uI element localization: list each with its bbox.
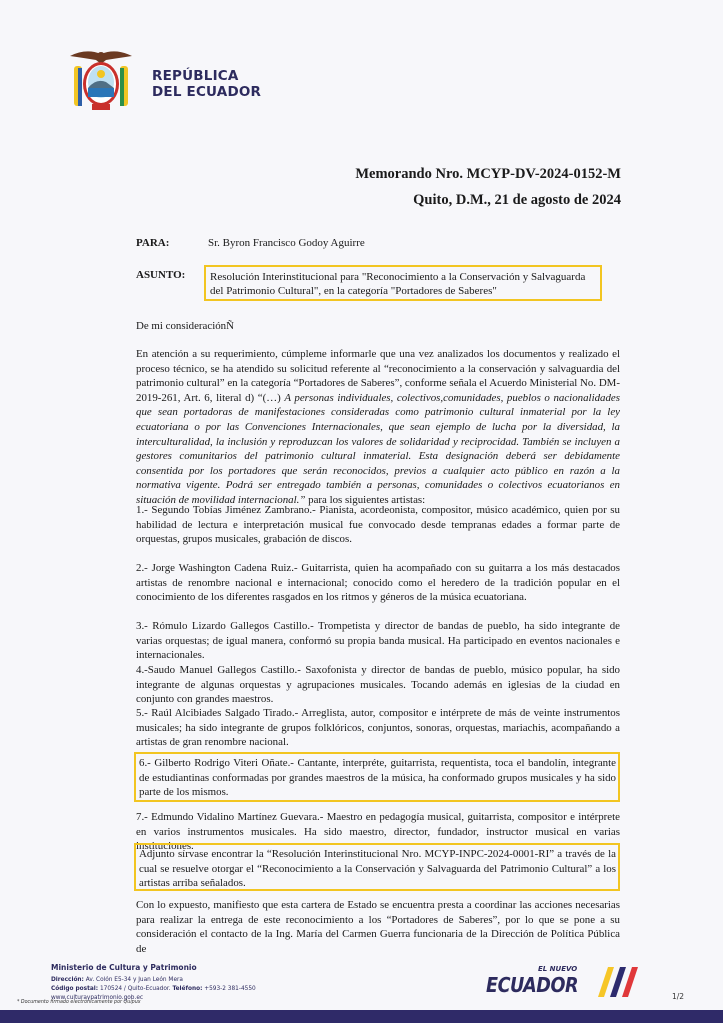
closing-paragraph: Con lo expuesto, manifiesto que esta car… — [136, 898, 620, 956]
artist-item-5: 5.- Raúl Alcibiades Salgado Tirado.- Arr… — [136, 706, 620, 750]
memo-number: Memorando Nro. MCYP-DV-2024-0152-M — [355, 166, 621, 183]
greeting: De mi consideraciónÑ — [136, 319, 620, 334]
logo-line-1: REPÚBLICA — [152, 68, 261, 84]
brand-small-text: EL NUEVO — [538, 965, 577, 973]
asunto-label: ASUNTO: — [136, 269, 185, 281]
memo-page: REPÚBLICA DEL ECUADOR Memorando Nro. MCY… — [0, 0, 723, 1023]
artist-item-2: 2.- Jorge Washington Cadena Ruiz.- Guita… — [136, 561, 620, 605]
memo-date: Quito, D.M., 21 de agosto de 2024 — [413, 192, 621, 209]
para-label: PARA: — [136, 237, 169, 249]
artist-item-6-highlighted: 6.- Gilberto Rodrigo Viteri Oñate.- Cant… — [134, 752, 620, 802]
footer-postal: Código postal: 170524 / Quito-Ecuador. T… — [51, 985, 256, 994]
postal-value: 170524 / Quito-Ecuador. — [98, 986, 172, 992]
intro-paragraph: En atención a su requerimiento, cúmpleme… — [136, 347, 620, 508]
asunto-value-highlighted: Resolución Interinstitucional para "Reco… — [204, 265, 602, 301]
electronic-signature-note: * Documento firmado electrónicamente por… — [17, 1000, 141, 1005]
artist-item-1: 1.- Segundo Tobías Jiménez Zambrano.- Pi… — [136, 503, 620, 547]
address-label: Dirección: — [51, 977, 84, 983]
flag-stripes-icon — [590, 965, 642, 997]
logo-text: REPÚBLICA DEL ECUADOR — [152, 68, 261, 100]
page-number: 1/2 — [672, 992, 684, 1001]
coat-of-arms-icon — [66, 44, 136, 114]
footer-contact: Ministerio de Cultura y Patrimonio Direc… — [51, 963, 256, 1003]
intro-quote: A personas individuales, colectivos,comu… — [136, 392, 620, 506]
phone-value: +593-2 381-4550 — [202, 986, 255, 992]
el-nuevo-ecuador-logo: EL NUEVO ECUADOR — [486, 965, 646, 1005]
logo-line-2: DEL ECUADOR — [152, 84, 261, 100]
footer-bar — [0, 1010, 723, 1023]
phone-label: Teléfono: — [172, 986, 202, 992]
ministry-name: Ministerio de Cultura y Patrimonio — [51, 963, 256, 972]
artist-item-3: 3.- Rómulo Lizardo Gallegos Castillo.- T… — [136, 619, 620, 663]
brand-big-text: ECUADOR — [486, 973, 578, 997]
artist-item-4: 4.-Saudo Manuel Gallegos Castillo.- Saxo… — [136, 663, 620, 707]
postal-label: Código postal: — [51, 986, 98, 992]
attachment-paragraph-highlighted: Adjunto sírvase encontrar la “Resolución… — [134, 843, 620, 891]
address-value: Av. Colón E5-34 y Juan León Mera — [84, 977, 183, 983]
republica-logo: REPÚBLICA DEL ECUADOR — [66, 44, 266, 114]
para-value: Sr. Byron Francisco Godoy Aguirre — [208, 237, 365, 249]
footer-address: Dirección: Av. Colón E5-34 y Juan León M… — [51, 976, 256, 985]
